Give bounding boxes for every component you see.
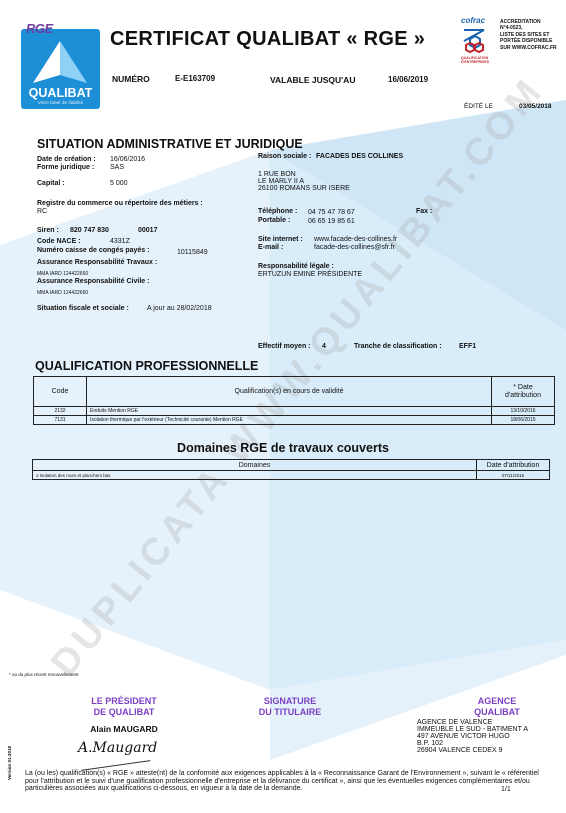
rc-travaux-label: Assurance Responsabilité Travaux : [37, 259, 157, 266]
nace-label: Code NACE : [37, 238, 81, 245]
president-title: LE PRÉSIDENT DE QUALIBAT [72, 696, 176, 718]
cofrac-sub: QUALIFICATION D'ENTREPRISES [461, 56, 489, 64]
siren-label: Siren : [37, 227, 59, 234]
situation-title: SITUATION ADMINISTRATIVE ET JURIDIQUE [37, 137, 303, 151]
siren-suffix: 00017 [138, 227, 157, 234]
forme-label: Forme juridique : [37, 164, 94, 171]
date-creation-label: Date de création : [37, 156, 96, 163]
registre-value: RC [37, 208, 47, 215]
site-label: Site internet : [258, 236, 303, 243]
logo-tagline: Votre label de fiabilité [21, 101, 100, 106]
portable-value: 06 65 19 85 61 [308, 218, 355, 225]
certificate-title: CERTIFICAT QUALIBAT « RGE » [110, 28, 425, 51]
table-row: o Isolation des murs et planchers bas 07… [33, 471, 550, 480]
domaines-table: Domaines Date d'attribution o Isolation … [32, 459, 550, 480]
edite-value: 03/05/2018 [519, 103, 552, 110]
header-date: * Date d'attribution [492, 377, 555, 407]
header-date-attribution: Date d'attribution [477, 460, 550, 471]
version-label: Version 01-2018 [7, 746, 12, 780]
titulaire-title: SIGNATURE DU TITULAIRE [238, 696, 342, 718]
conges-label: Numéro caisse de congés payés : [37, 247, 149, 254]
tel-value: 04 75 47 78 67 [308, 209, 355, 216]
date-creation-value: 16/06/2016 [110, 156, 145, 163]
header-code: Code [34, 377, 87, 407]
capital-label: Capital : [37, 180, 65, 187]
legal-text: La (ou les) qualification(s) « RGE » att… [25, 770, 545, 793]
rc-travaux-value: MMA IARD 124422660 [37, 271, 88, 277]
company-address: 1 RUE BON LE MARLY II A 26100 ROMANS SUR… [258, 171, 350, 192]
numero-value: E-E163709 [175, 74, 215, 83]
effectif-label: Effectif moyen : [258, 343, 311, 350]
table-row: 7131 Isolation thermique par l'extérieur… [34, 416, 555, 425]
qualification-table: Code Qualification(s) en cours de validi… [33, 376, 555, 425]
tranche-value: EFF1 [459, 343, 476, 350]
conges-value: 10115849 [177, 249, 208, 256]
valable-value: 16/06/2019 [388, 75, 428, 84]
cofrac-logo-word: cofrac [461, 16, 485, 25]
numero-label: NUMÉRO [112, 74, 150, 84]
tel-label: Téléphone : [258, 208, 297, 215]
fiscale-value: A jour au 28/02/2018 [147, 305, 212, 312]
fax-label: Fax : [416, 208, 432, 215]
fiscale-label: Situation fiscale et sociale : [37, 305, 129, 312]
rge-badge: RGE [26, 21, 53, 36]
registre-label: Registre du commerce ou répertoire des m… [37, 200, 203, 207]
logo-name: QUALIBAT [21, 86, 100, 100]
cofrac-hexagon-icon [462, 27, 486, 55]
valable-label: VALABLE JUSQU'AU [270, 75, 355, 85]
capital-value: 5 000 [110, 180, 128, 187]
rc-civile-value: MMA IARD 124422660 [37, 290, 88, 296]
edite-label: ÉDITÉ LE [464, 103, 493, 110]
header-qualification: Qualification(s) en cours de validité [87, 377, 492, 407]
raison-value: FACADES DES COLLINES [316, 153, 403, 160]
footnote: * ou du plus récent renouvellement [9, 672, 79, 677]
email-label: E-mail : [258, 244, 283, 251]
page-number: 1/1 [501, 786, 511, 793]
email-link[interactable]: facade-des-collines@sfr.fr [314, 244, 395, 251]
resp-label: Responsabilité légale : [258, 263, 334, 270]
site-link[interactable]: www.facade-des-collines.fr [314, 236, 397, 243]
table-row: 2132 Enduits Mention RGE 13/10/2016 [34, 407, 555, 416]
agence-title: AGENCE QUALIBAT [450, 696, 544, 718]
forme-value: SAS [110, 164, 124, 171]
tranche-label: Tranche de classification : [354, 343, 442, 350]
siren-value: 820 747 830 [70, 227, 109, 234]
raison-label: Raison sociale : [258, 153, 311, 160]
header-domaines: Domaines [33, 460, 477, 471]
rc-civile-label: Assurance Responsabilité Civile : [37, 278, 149, 285]
qualification-title: QUALIFICATION PROFESSIONNELLE [35, 359, 258, 373]
portable-label: Portable : [258, 217, 290, 224]
resp-value: ERTUZUN EMINE PRÉSIDENTE [258, 271, 362, 278]
effectif-value: 4 [322, 343, 326, 350]
president-name: Alain MAUGARD [72, 724, 176, 734]
accreditation-text: ACCREDITATION N°4-0523, LISTE DES SITES … [500, 19, 557, 51]
nace-value: 4331Z [110, 238, 130, 245]
agence-address: AGENCE DE VALENCE IMMEUBLE LE SUD - BATI… [417, 719, 528, 754]
domaines-title: Domaines RGE de travaux couverts [0, 441, 566, 455]
